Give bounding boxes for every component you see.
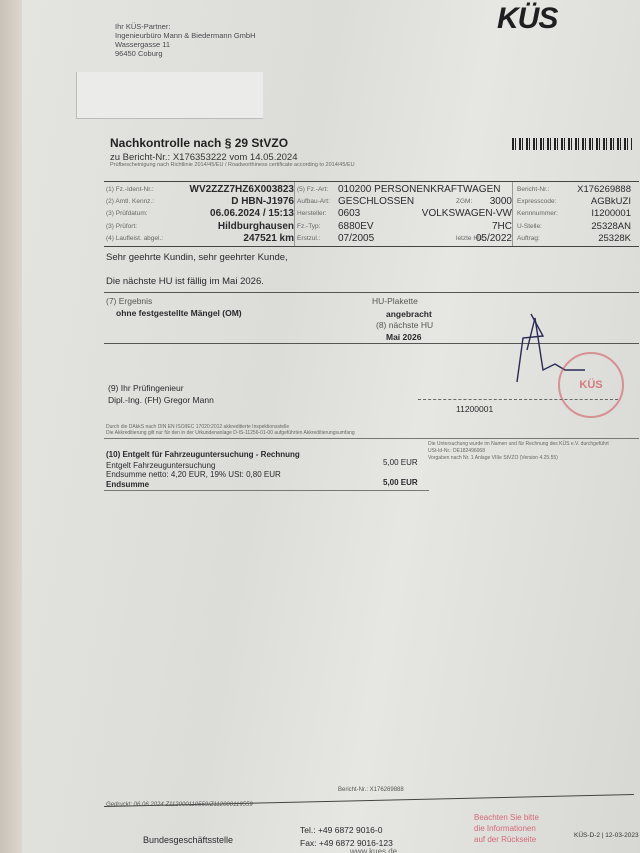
- vehicle-field-value: WV2ZZZ7HZ6X003823: [190, 184, 295, 195]
- invoice-net-line: Endsumme netto: 4,20 EUR, 19% USt: 0,80 …: [106, 470, 281, 479]
- engineer-label: (9) Ihr Prüfingenieur: [108, 383, 184, 393]
- vehicle-field-value: AGBkUZI: [591, 196, 631, 207]
- vehicle-field-value: GESCHLOSSEN: [338, 196, 414, 207]
- paper-edge: [0, 0, 23, 853]
- vehicle-field-value: 25328K: [598, 233, 631, 244]
- partner-line: Ingenieurbüro Mann & Biedermann GmbH: [115, 31, 256, 40]
- address-window-patch: [76, 72, 263, 119]
- vehicle-field-label: Expresscode:: [517, 198, 556, 205]
- vehicle-field-value: I1200001: [591, 208, 631, 219]
- vehicle-field-value: 6880EV: [338, 221, 374, 232]
- vehicle-data-grid: (1) Fz.-Ident-Nr.:WV2ZZZ7HZ6X003823(2) A…: [104, 181, 639, 247]
- vehicle-field-label: Auftrag:: [517, 235, 540, 242]
- engineer-name: Dipl.-Ing. (FH) Gregor Mann: [108, 395, 214, 405]
- divider: [104, 438, 639, 439]
- accreditation-line: Die Akkreditierung gilt nur für den in d…: [106, 430, 355, 436]
- vehicle-field-label: U-Stelle:: [517, 223, 542, 230]
- vehicle-field-label: Erstzul.:: [297, 235, 320, 242]
- vehicle-field-label: (3) Prüfort:: [106, 223, 137, 230]
- certificate-note: Prüfbescheinigung nach Richtlinie 2014/4…: [110, 162, 355, 168]
- partner-line: Ihr KÜS-Partner:: [115, 22, 256, 31]
- vehicle-field-value: VOLKSWAGEN-VW: [422, 208, 512, 219]
- accreditation-note: Durch die DAkkS nach DIN EN ISO/IEC 1702…: [106, 424, 355, 436]
- vehicle-field-label: (4) Laufleist. abgel.:: [106, 235, 163, 242]
- vehicle-field-value: Hildburghausen: [218, 221, 294, 232]
- vehicle-field-value: 06.06.2024 / 15:13: [210, 208, 294, 219]
- signature-line: [418, 399, 618, 400]
- invoice-total-amount: 5,00 EUR: [383, 478, 418, 487]
- engineer-id: 11200001: [456, 404, 493, 414]
- grid-separator: [512, 182, 513, 246]
- invoice-note: Vorgaben nach Nr. 1 Anlage VIIIe StVZO (…: [428, 455, 609, 462]
- invoice-notes: Die Untersuchung wurde im Namen und für …: [428, 441, 609, 462]
- notice-line: auf der Rückseite: [474, 834, 539, 845]
- invoice-item-amount: 5,00 EUR: [383, 458, 418, 467]
- vehicle-field-value: 010200 PERSONENKRAFTWAGEN: [338, 184, 500, 195]
- invoice-total-label: Endsumme: [106, 480, 149, 489]
- form-code: KÜS-D-2 | 12-03-2023: [574, 832, 639, 839]
- vehicle-field-value: D HBN-J1976: [231, 196, 294, 207]
- result-label: (7) Ergebnis: [106, 296, 152, 306]
- divider: [104, 292, 639, 293]
- vehicle-field-label: Hersteller:: [297, 210, 327, 217]
- vehicle-field-value: 25328AN: [591, 221, 631, 232]
- next-hu-label: (8) nächste HU: [376, 320, 433, 330]
- vehicle-field-label: (1) Fz.-Ident-Nr.:: [106, 186, 154, 193]
- vehicle-field-label: (3) Prüfdatum:: [106, 210, 148, 217]
- footer-report-no: Bericht-Nr.: X176269888: [338, 787, 404, 793]
- notice-line: die Informationen: [474, 823, 539, 834]
- vehicle-field-label: (2) Amtl. Kennz.:: [106, 198, 154, 205]
- vehicle-field-label: Aufbau-Art:: [297, 198, 330, 205]
- vehicle-field-value: X176269888: [577, 184, 631, 195]
- grid-separator: [294, 182, 295, 246]
- due-notice: Die nächste HU ist fällig im Mai 2026.: [106, 276, 264, 287]
- reverse-side-notice: Beachten Sie bitte die Informationen auf…: [474, 812, 539, 845]
- result-value: ohne festgestellte Mängel (OM): [116, 308, 242, 318]
- invoice-item-label: Entgelt Fahrzeuguntersuchung: [106, 461, 215, 470]
- office-name: Bundesgeschäftsstelle: [143, 835, 233, 845]
- kues-logo: KÜS: [497, 2, 557, 36]
- vehicle-field-value: 3000: [490, 196, 512, 207]
- partner-line: Wassergasse 11: [115, 40, 256, 49]
- vehicle-field-label: ZGM:: [456, 198, 472, 205]
- plakette-label: HU-Plakette: [372, 296, 418, 306]
- vehicle-field-label: Fz.-Typ:: [297, 223, 320, 230]
- vehicle-field-label: (5) Fz.-Art:: [297, 186, 328, 193]
- invoice-heading: (10) Entgelt für Fahrzeuguntersuchung - …: [106, 450, 300, 459]
- vehicle-field-value: 05/2022: [476, 233, 512, 244]
- partner-line: 96450 Coburg: [115, 49, 256, 58]
- vehicle-field-value: 7HC: [492, 221, 512, 232]
- document-title: Nachkontrolle nach § 29 StVZO: [110, 136, 288, 150]
- invoice-note: Die Untersuchung wurde im Namen und für …: [428, 441, 609, 448]
- partner-address: Ihr KÜS-Partner: Ingenieurbüro Mann & Bi…: [115, 22, 256, 58]
- greeting: Sehr geehrte Kundin, sehr geehrter Kunde…: [106, 252, 288, 263]
- vehicle-field-value: 07/2005: [338, 233, 374, 244]
- notice-line: Beachten Sie bitte: [474, 812, 539, 823]
- invoice-note: USt-Id-Nr.: DE182496068: [428, 448, 609, 455]
- next-hu-value: Mai 2026: [386, 332, 421, 342]
- kues-stamp: KÜS: [558, 352, 624, 418]
- barcode: [512, 138, 632, 150]
- plakette-value: angebracht: [386, 309, 432, 319]
- printed-info: Gedruckt: 06.06.2024 Z112000119559/Z1120…: [106, 802, 253, 808]
- tel: Tel.: +49 6872 9016-0: [300, 825, 382, 835]
- vehicle-field-value: 0603: [338, 208, 360, 219]
- divider: [104, 490, 429, 491]
- website: www.kues.de: [350, 847, 397, 853]
- vehicle-field-label: Kennnummer:: [517, 210, 558, 217]
- vehicle-field-label: Bericht-Nr.:: [517, 186, 550, 193]
- vehicle-field-value: 247521 km: [243, 233, 294, 244]
